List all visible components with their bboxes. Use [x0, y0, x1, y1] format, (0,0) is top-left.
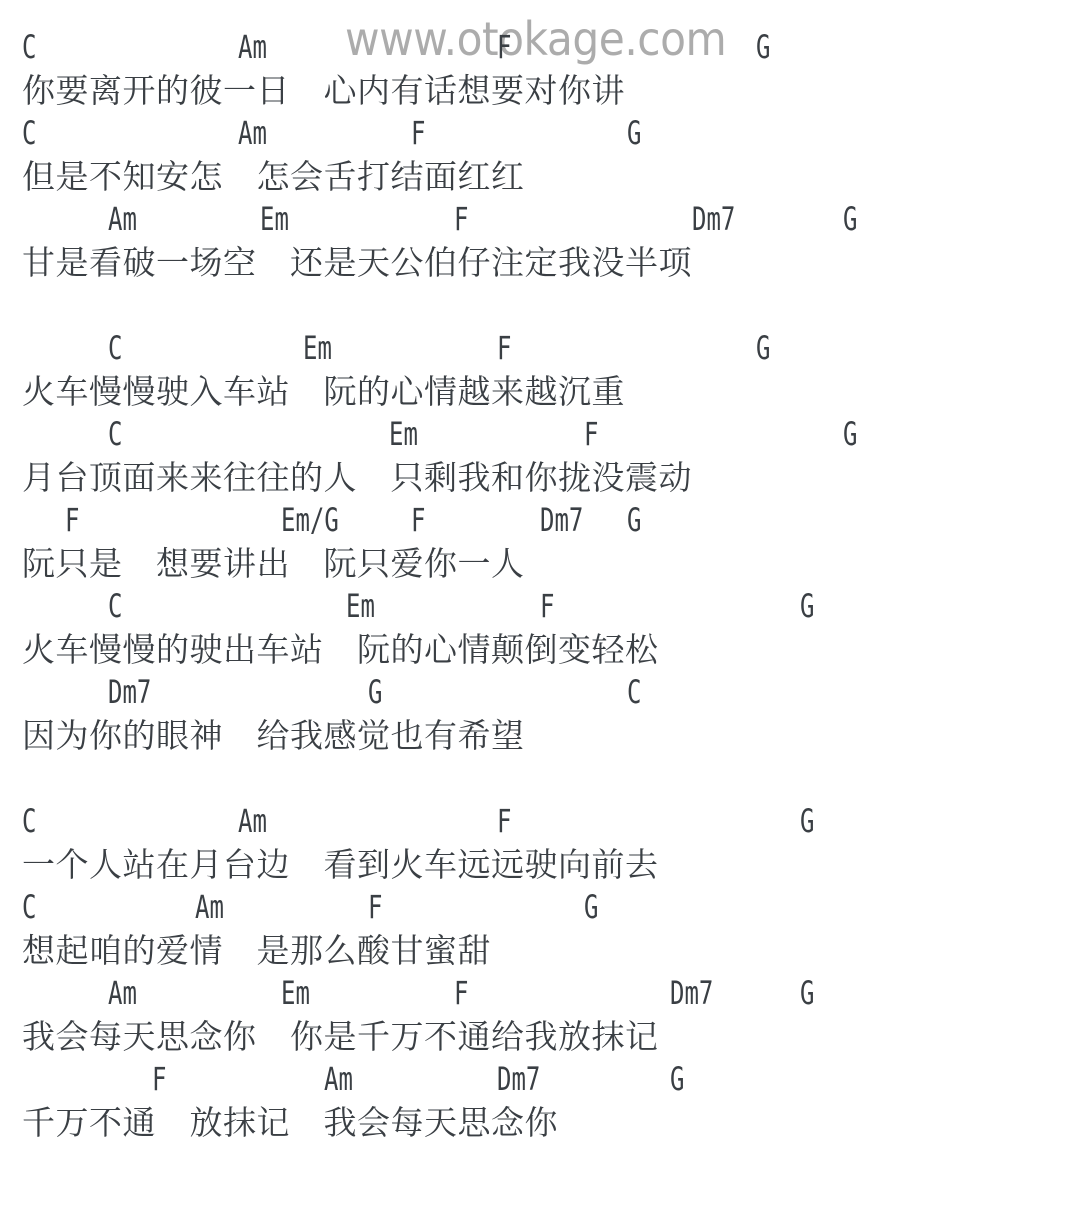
blank-line — [22, 284, 1062, 327]
chord-line: CAmFG — [22, 800, 1062, 843]
chord-symbol: Em/G — [281, 499, 339, 542]
chord-symbol: Dm7 — [540, 499, 583, 542]
chord-line: CEmFG — [22, 413, 1062, 456]
lyric-line: 但是不知安怎 怎会舌打结面红红 — [22, 155, 1062, 198]
chord-symbol: G — [756, 327, 770, 370]
chord-symbol: Am — [324, 1058, 353, 1101]
chord-symbol: G — [756, 26, 770, 69]
lyric-line: 一个人站在月台边 看到火车远远驶向前去 — [22, 843, 1062, 886]
chord-symbol: G — [670, 1058, 684, 1101]
lyric-line: 火车慢慢的驶出车站 阮的心情颠倒变轻松 — [22, 628, 1062, 671]
lyric-line: 月台顶面来来往往的人 只剩我和你拢没震动 — [22, 456, 1062, 499]
blank-line — [22, 757, 1062, 800]
chord-symbol: Em — [303, 327, 332, 370]
chord-symbol: F — [454, 972, 468, 1015]
chord-symbol: C — [627, 671, 641, 714]
lyric-line: 因为你的眼神 给我感觉也有希望 — [22, 714, 1062, 757]
chord-symbol: C — [108, 413, 122, 456]
chord-sheet: CAmFG你要离开的彼一日 心内有话想要对你讲CAmFG但是不知安怎 怎会舌打结… — [22, 26, 1062, 1144]
chord-symbol: G — [800, 972, 814, 1015]
lyric-line: 你要离开的彼一日 心内有话想要对你讲 — [22, 69, 1062, 112]
chord-symbol: Dm7 — [497, 1058, 540, 1101]
chord-symbol: C — [108, 327, 122, 370]
chord-line: CAmFG — [22, 26, 1062, 69]
chord-symbol: Am — [238, 800, 267, 843]
chord-symbol: F — [584, 413, 598, 456]
chord-symbol: F — [411, 112, 425, 155]
chord-line: Dm7GC — [22, 671, 1062, 714]
chord-symbol: Dm7 — [670, 972, 713, 1015]
chord-symbol: G — [843, 413, 857, 456]
chord-line: CAmFG — [22, 112, 1062, 155]
chord-line: FAmDm7G — [22, 1058, 1062, 1101]
lyric-line: 火车慢慢驶入车站 阮的心情越来越沉重 — [22, 370, 1062, 413]
chord-symbol: F — [411, 499, 425, 542]
chord-line: AmEmFDm7G — [22, 972, 1062, 1015]
chord-symbol: F — [540, 585, 554, 628]
chord-symbol: F — [368, 886, 382, 929]
lyric-line: 阮只是 想要讲出 阮只爱你一人 — [22, 542, 1062, 585]
lyric-line: 千万不通 放抹记 我会每天思念你 — [22, 1101, 1062, 1144]
lyric-line: 想起咱的爱情 是那么酸甘蜜甜 — [22, 929, 1062, 972]
chord-symbol: G — [368, 671, 382, 714]
chord-symbol: F — [497, 327, 511, 370]
chord-symbol: G — [584, 886, 598, 929]
chord-symbol: Em — [260, 198, 289, 241]
chord-symbol: Am — [238, 112, 267, 155]
chord-symbol: Am — [108, 198, 137, 241]
chord-symbol: Em — [346, 585, 375, 628]
chord-symbol: G — [627, 499, 641, 542]
chord-symbol: C — [22, 886, 36, 929]
chord-symbol: F — [152, 1058, 166, 1101]
chord-symbol: C — [22, 26, 36, 69]
chord-symbol: Em — [389, 413, 418, 456]
chord-symbol: G — [800, 585, 814, 628]
chord-symbol: F — [497, 800, 511, 843]
chord-symbol: C — [22, 800, 36, 843]
chord-symbol: F — [454, 198, 468, 241]
chord-symbol: F — [65, 499, 79, 542]
chord-line: AmEmFDm7G — [22, 198, 1062, 241]
chord-symbol: Em — [281, 972, 310, 1015]
chord-symbol: G — [627, 112, 641, 155]
lyric-line: 我会每天思念你 你是千万不通给我放抹记 — [22, 1015, 1062, 1058]
chord-line: CEmFG — [22, 327, 1062, 370]
chord-symbol: G — [800, 800, 814, 843]
chord-symbol: Am — [108, 972, 137, 1015]
chord-symbol: F — [497, 26, 511, 69]
chord-symbol: C — [22, 112, 36, 155]
chord-symbol: Dm7 — [108, 671, 151, 714]
chord-symbol: C — [108, 585, 122, 628]
chord-line: FEm/GFDm7G — [22, 499, 1062, 542]
lyric-line: 甘是看破一场空 还是天公伯仔注定我没半项 — [22, 241, 1062, 284]
chord-symbol: G — [843, 198, 857, 241]
chord-symbol: Am — [195, 886, 224, 929]
chord-line: CEmFG — [22, 585, 1062, 628]
chord-line: CAmFG — [22, 886, 1062, 929]
chord-symbol: Dm7 — [692, 198, 735, 241]
chord-symbol: Am — [238, 26, 267, 69]
